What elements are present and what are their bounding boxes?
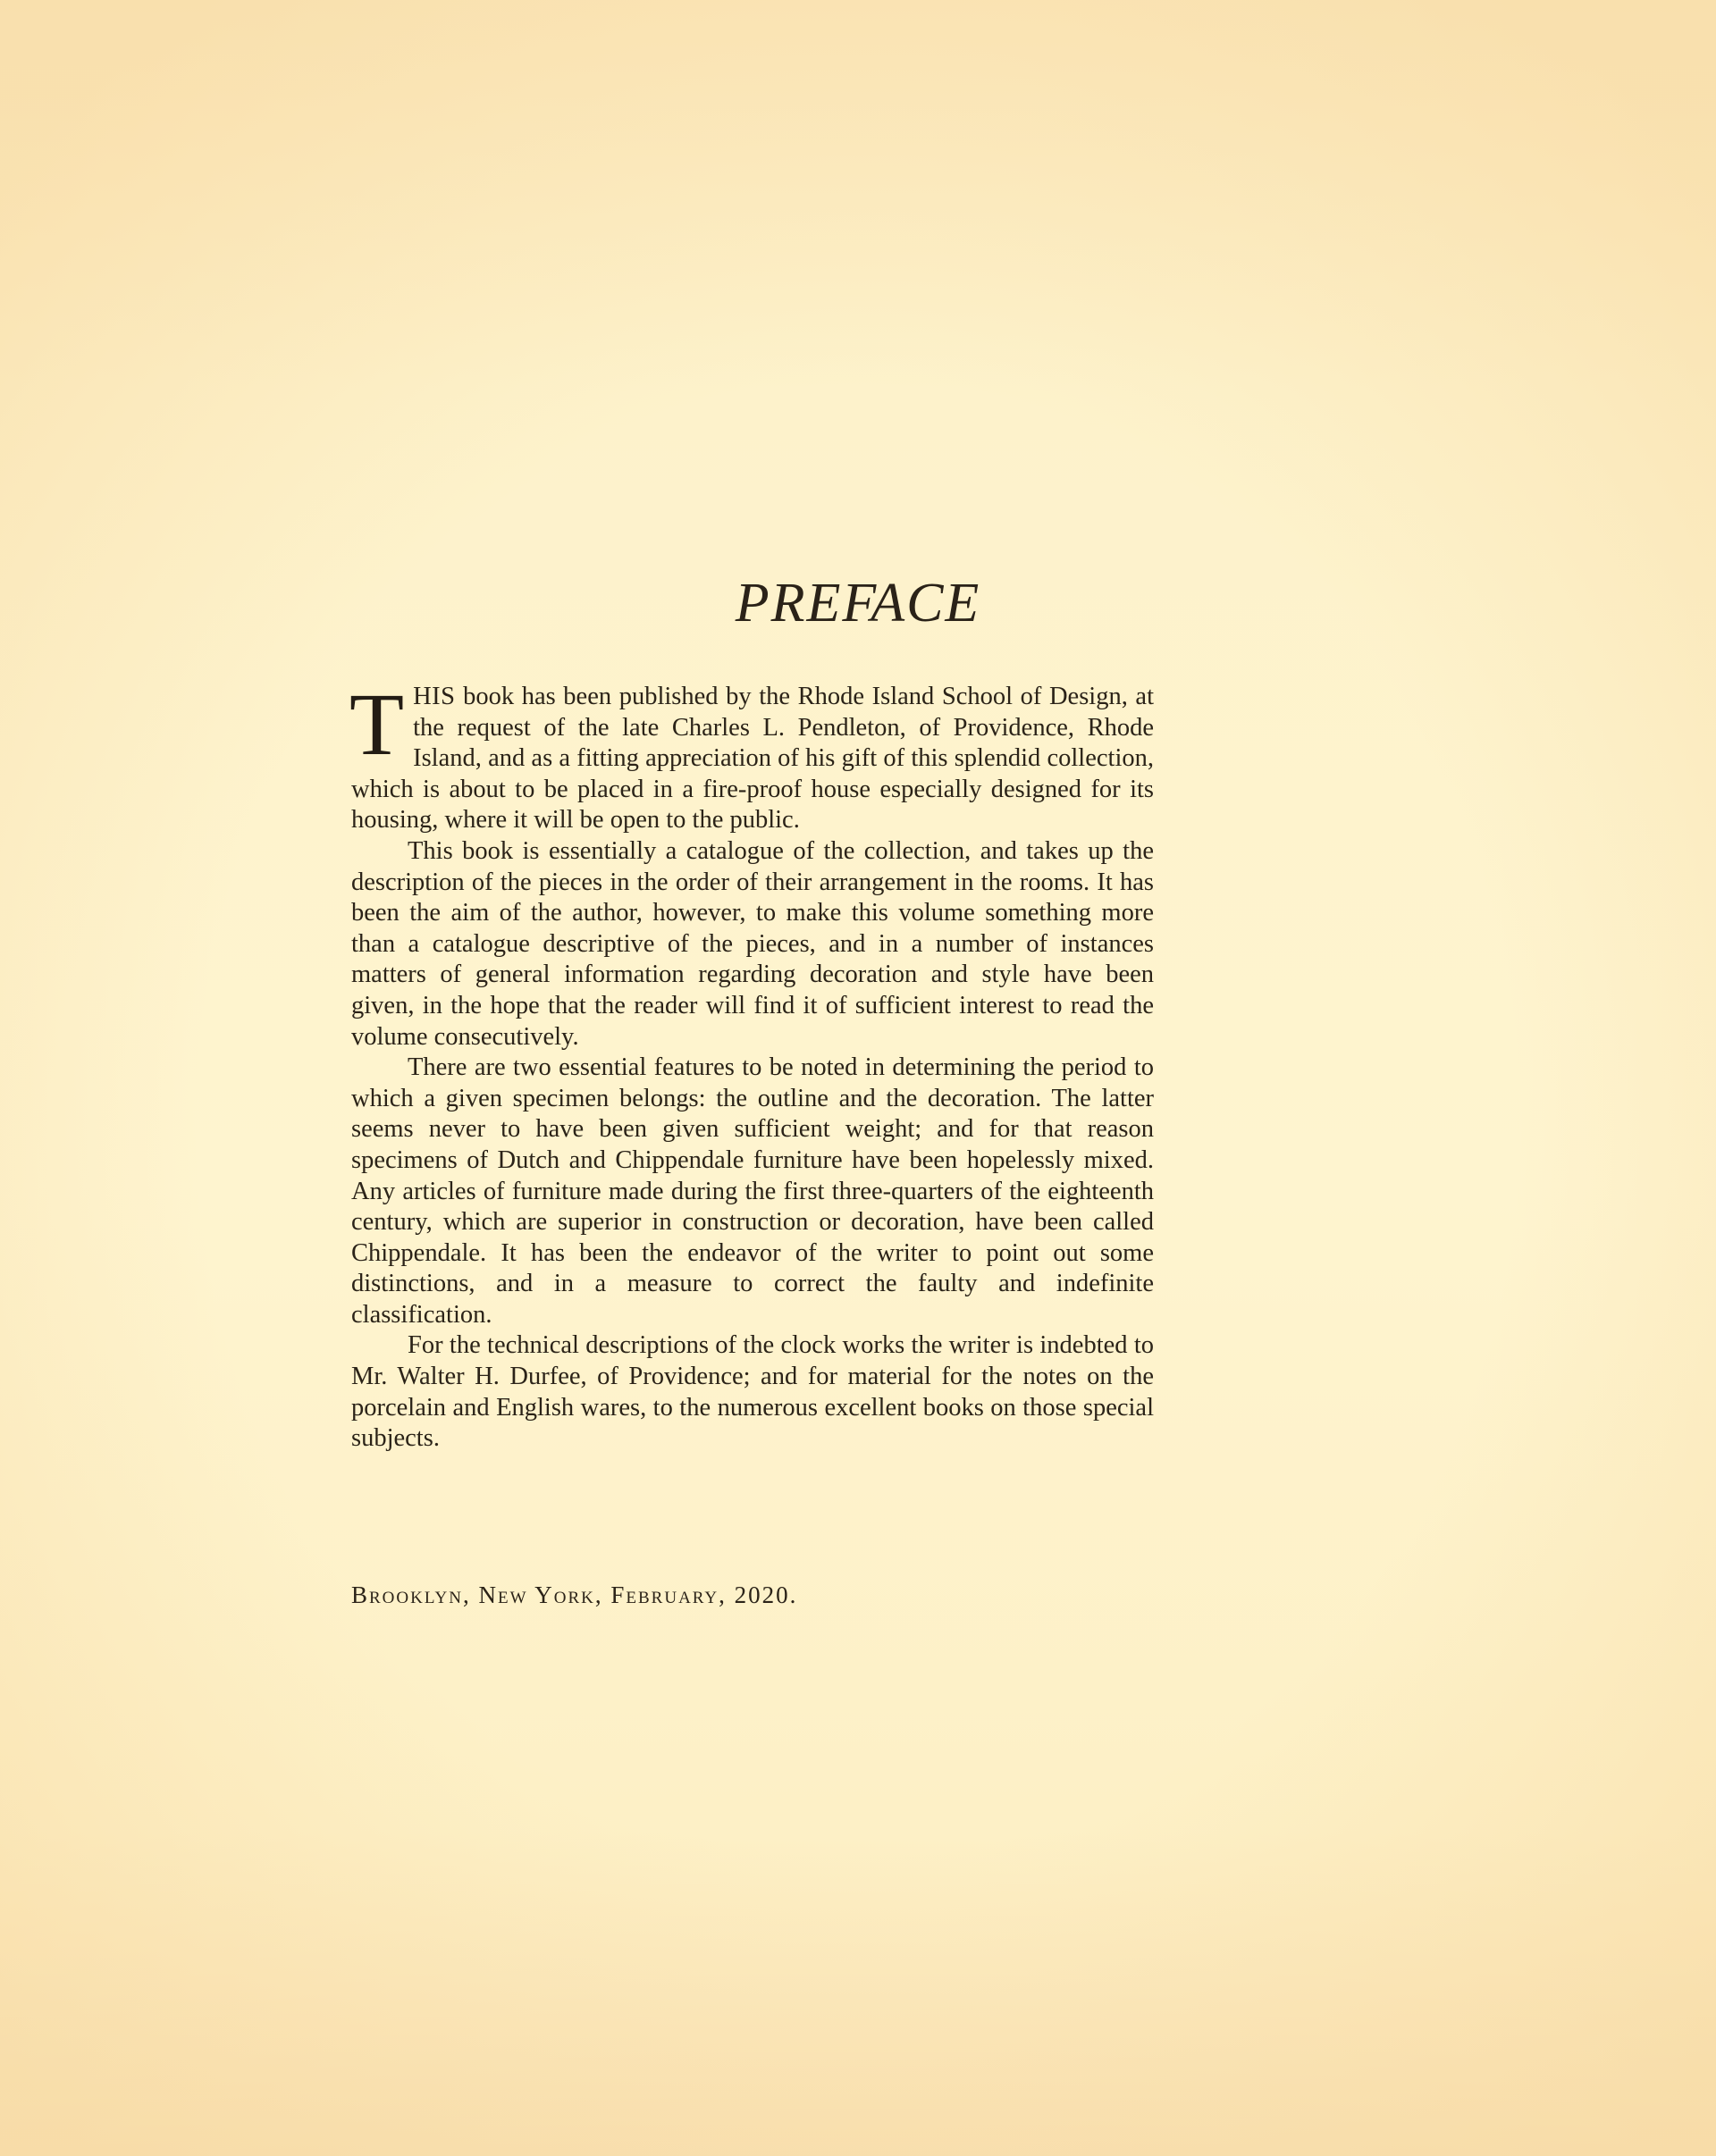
- page-title: PREFACE: [0, 572, 1716, 635]
- preface-body: THIS book has been published by the Rhod…: [351, 682, 1154, 1455]
- paragraph-1-text: book has been published by the Rhode Isl…: [351, 683, 1154, 834]
- book-page: PREFACE THIS book has been published by …: [0, 0, 1716, 2156]
- paragraph-1: THIS book has been published by the Rhod…: [351, 682, 1154, 836]
- lead-caps: HIS: [413, 683, 455, 710]
- paragraph-3: There are two essential features to be n…: [351, 1053, 1154, 1330]
- place-date-signature: Brooklyn, New York, February, 2020.: [351, 1581, 797, 1609]
- drop-cap: T: [349, 689, 404, 760]
- paragraph-2: This book is essentially a catalogue of …: [351, 836, 1154, 1053]
- paragraph-4: For the technical descriptions of the cl…: [351, 1330, 1154, 1454]
